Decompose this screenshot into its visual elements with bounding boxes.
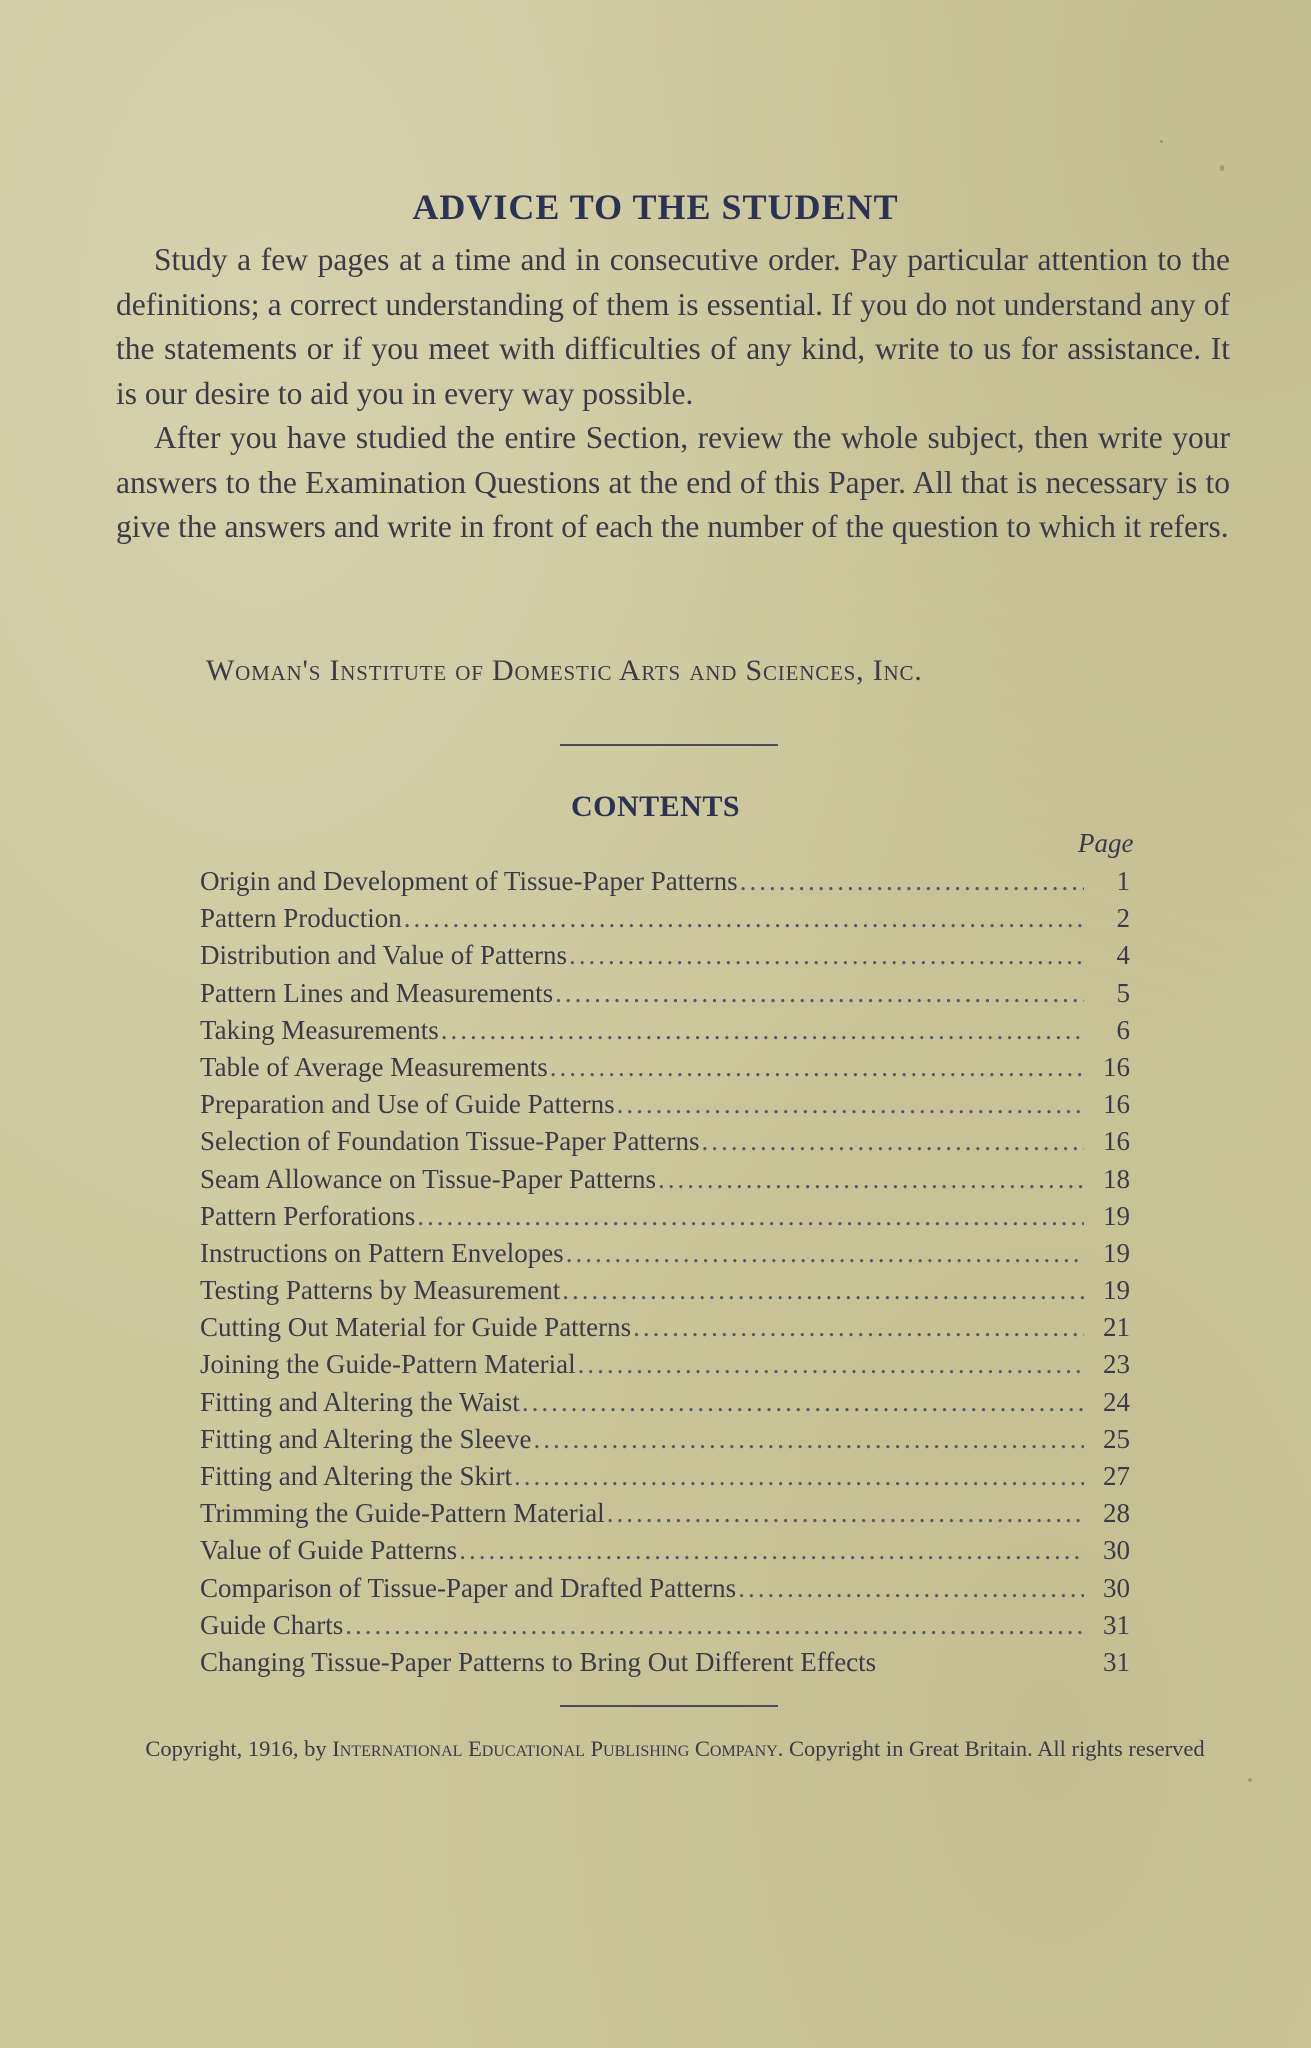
dot-leader xyxy=(578,1349,1084,1380)
toc-entry-title: Distribution and Value of Patterns xyxy=(200,940,567,971)
toc-entry: Trimming the Guide-Pattern Material28 xyxy=(200,1498,1130,1535)
dot-leader xyxy=(569,940,1084,971)
toc-entry: Fitting and Altering the Sleeve25 xyxy=(200,1424,1130,1461)
toc-entry: Joining the Guide-Pattern Material23 xyxy=(200,1349,1130,1386)
paper-speck xyxy=(1248,1778,1252,1782)
toc-entry-title: Instructions on Pattern Envelopes xyxy=(200,1238,564,1269)
copyright-prefix: Copyright, 1916, by xyxy=(145,1736,332,1761)
toc-entry: Table of Average Measurements16 xyxy=(200,1052,1130,1089)
dot-leader xyxy=(459,1535,1084,1566)
toc-entry-page: 16 xyxy=(1090,1089,1130,1120)
toc-entry-title: Value of Guide Patterns xyxy=(200,1535,457,1566)
toc-entry-title: Pattern Production xyxy=(200,903,402,934)
toc-entry-title: Comparison of Tissue-Paper and Drafted P… xyxy=(200,1573,736,1604)
institute-signature: Woman's Institute of Domestic Arts and S… xyxy=(206,654,923,688)
contents-title: CONTENTS xyxy=(0,790,1311,824)
dot-leader xyxy=(550,1052,1084,1083)
toc-entry-title: Table of Average Measurements xyxy=(200,1052,548,1083)
dot-leader xyxy=(441,1015,1084,1046)
dot-leader xyxy=(633,1312,1084,1343)
toc-entry-page: 18 xyxy=(1090,1164,1130,1195)
dot-leader xyxy=(417,1201,1084,1232)
divider-top xyxy=(560,744,778,746)
advice-body: Study a few pages at a time and in conse… xyxy=(116,238,1230,550)
toc-entry: Fitting and Altering the Waist24 xyxy=(200,1387,1130,1424)
toc-entry: Distribution and Value of Patterns4 xyxy=(200,940,1130,977)
toc-entry: Pattern Perforations19 xyxy=(200,1201,1130,1238)
advice-paragraph-1: Study a few pages at a time and in conse… xyxy=(116,238,1230,416)
toc-entry: Cutting Out Material for Guide Patterns2… xyxy=(200,1312,1130,1349)
toc-entry-title: Joining the Guide-Pattern Material xyxy=(200,1349,576,1380)
copyright-notice: Copyright, 1916, by International Educat… xyxy=(120,1734,1230,1764)
toc-entry: Seam Allowance on Tissue-Paper Patterns1… xyxy=(200,1164,1130,1201)
dot-leader xyxy=(740,866,1084,897)
toc-entry-page: 19 xyxy=(1090,1238,1130,1269)
toc-entry-page: 21 xyxy=(1090,1312,1130,1343)
toc-entry-page: 28 xyxy=(1090,1498,1130,1529)
toc-entry-page: 27 xyxy=(1090,1461,1130,1492)
toc-entry-title: Preparation and Use of Guide Patterns xyxy=(200,1089,615,1120)
dot-leader xyxy=(738,1573,1084,1604)
dot-leader xyxy=(607,1498,1084,1529)
toc-entry-page: 23 xyxy=(1090,1349,1130,1380)
toc-entry-page: 16 xyxy=(1090,1126,1130,1157)
dot-leader xyxy=(533,1424,1084,1455)
toc-entry: Testing Patterns by Measurement19 xyxy=(200,1275,1130,1312)
dot-leader xyxy=(658,1164,1084,1195)
toc-entry: Instructions on Pattern Envelopes19 xyxy=(200,1238,1130,1275)
toc-entry-title: Taking Measurements xyxy=(200,1015,439,1046)
dot-leader xyxy=(701,1126,1084,1157)
toc-entry-page: 19 xyxy=(1090,1275,1130,1306)
dot-leader xyxy=(522,1387,1084,1418)
toc-entry-page: 4 xyxy=(1090,940,1130,971)
dot-leader xyxy=(514,1461,1084,1492)
toc-entry-page: 31 xyxy=(1090,1647,1130,1678)
toc-entry: Selection of Foundation Tissue-Paper Pat… xyxy=(200,1126,1130,1163)
toc-entry: Pattern Production2 xyxy=(200,903,1130,940)
toc-entry: Comparison of Tissue-Paper and Drafted P… xyxy=(200,1573,1130,1610)
toc-entry: Preparation and Use of Guide Patterns16 xyxy=(200,1089,1130,1126)
copyright-publisher: International Educational Publishing Com… xyxy=(332,1736,783,1761)
toc-entry-title: Seam Allowance on Tissue-Paper Patterns xyxy=(200,1164,656,1195)
paper-speck xyxy=(1220,165,1224,171)
toc-entry-title: Fitting and Altering the Waist xyxy=(200,1387,520,1418)
advice-title: ADVICE TO THE STUDENT xyxy=(0,186,1311,228)
toc-entry-title: Trimming the Guide-Pattern Material xyxy=(200,1498,605,1529)
toc-entry-title: Guide Charts xyxy=(200,1610,343,1641)
toc-entry-title: Origin and Development of Tissue-Paper P… xyxy=(200,866,738,897)
toc-entry-page: 6 xyxy=(1090,1015,1130,1046)
toc-entry: Guide Charts31 xyxy=(200,1610,1130,1647)
toc-entry-page: 16 xyxy=(1090,1052,1130,1083)
copyright-suffix: Copyright in Great Britain. All rights r… xyxy=(783,1736,1204,1761)
toc-entry-page: 2 xyxy=(1090,903,1130,934)
toc-entry: Value of Guide Patterns30 xyxy=(200,1535,1130,1572)
paper-speck xyxy=(1160,140,1163,143)
toc-entry-page: 1 xyxy=(1090,866,1130,897)
toc-entry-title: Cutting Out Material for Guide Patterns xyxy=(200,1312,631,1343)
toc-entry-title: Pattern Lines and Measurements xyxy=(200,978,553,1009)
dot-leader xyxy=(404,903,1084,934)
toc-entry-title: Pattern Perforations xyxy=(200,1201,415,1232)
toc-entry-page: 5 xyxy=(1090,978,1130,1009)
dot-leader xyxy=(617,1089,1084,1120)
toc-entry: Taking Measurements6 xyxy=(200,1015,1130,1052)
toc-entry-page: 30 xyxy=(1090,1573,1130,1604)
toc-entry-page: 19 xyxy=(1090,1201,1130,1232)
page-column-header: Page xyxy=(1078,828,1133,859)
divider-bottom xyxy=(560,1705,778,1707)
toc-entry-title: Selection of Foundation Tissue-Paper Pat… xyxy=(200,1126,699,1157)
toc-entry-page: 30 xyxy=(1090,1535,1130,1566)
toc-entry: Pattern Lines and Measurements5 xyxy=(200,978,1130,1015)
table-of-contents: Origin and Development of Tissue-Paper P… xyxy=(200,866,1130,1684)
toc-entry-title: Fitting and Altering the Skirt xyxy=(200,1461,512,1492)
toc-entry-page: 31 xyxy=(1090,1610,1130,1641)
document-page: ADVICE TO THE STUDENT Study a few pages … xyxy=(0,0,1311,2048)
toc-entry: Fitting and Altering the Skirt27 xyxy=(200,1461,1130,1498)
toc-entry: Origin and Development of Tissue-Paper P… xyxy=(200,866,1130,903)
toc-entry-title: Testing Patterns by Measurement xyxy=(200,1275,560,1306)
dot-leader xyxy=(566,1238,1084,1269)
toc-entry-page: 24 xyxy=(1090,1387,1130,1418)
toc-entry-title: Fitting and Altering the Sleeve xyxy=(200,1424,531,1455)
dot-leader xyxy=(562,1275,1084,1306)
toc-entry-page: 25 xyxy=(1090,1424,1130,1455)
dot-leader xyxy=(345,1610,1084,1641)
advice-paragraph-2: After you have studied the entire Sectio… xyxy=(116,416,1230,550)
dot-leader xyxy=(555,978,1084,1009)
toc-entry: Changing Tissue-Paper Patterns to Bring … xyxy=(200,1647,1130,1684)
toc-entry-title: Changing Tissue-Paper Patterns to Bring … xyxy=(200,1647,876,1678)
